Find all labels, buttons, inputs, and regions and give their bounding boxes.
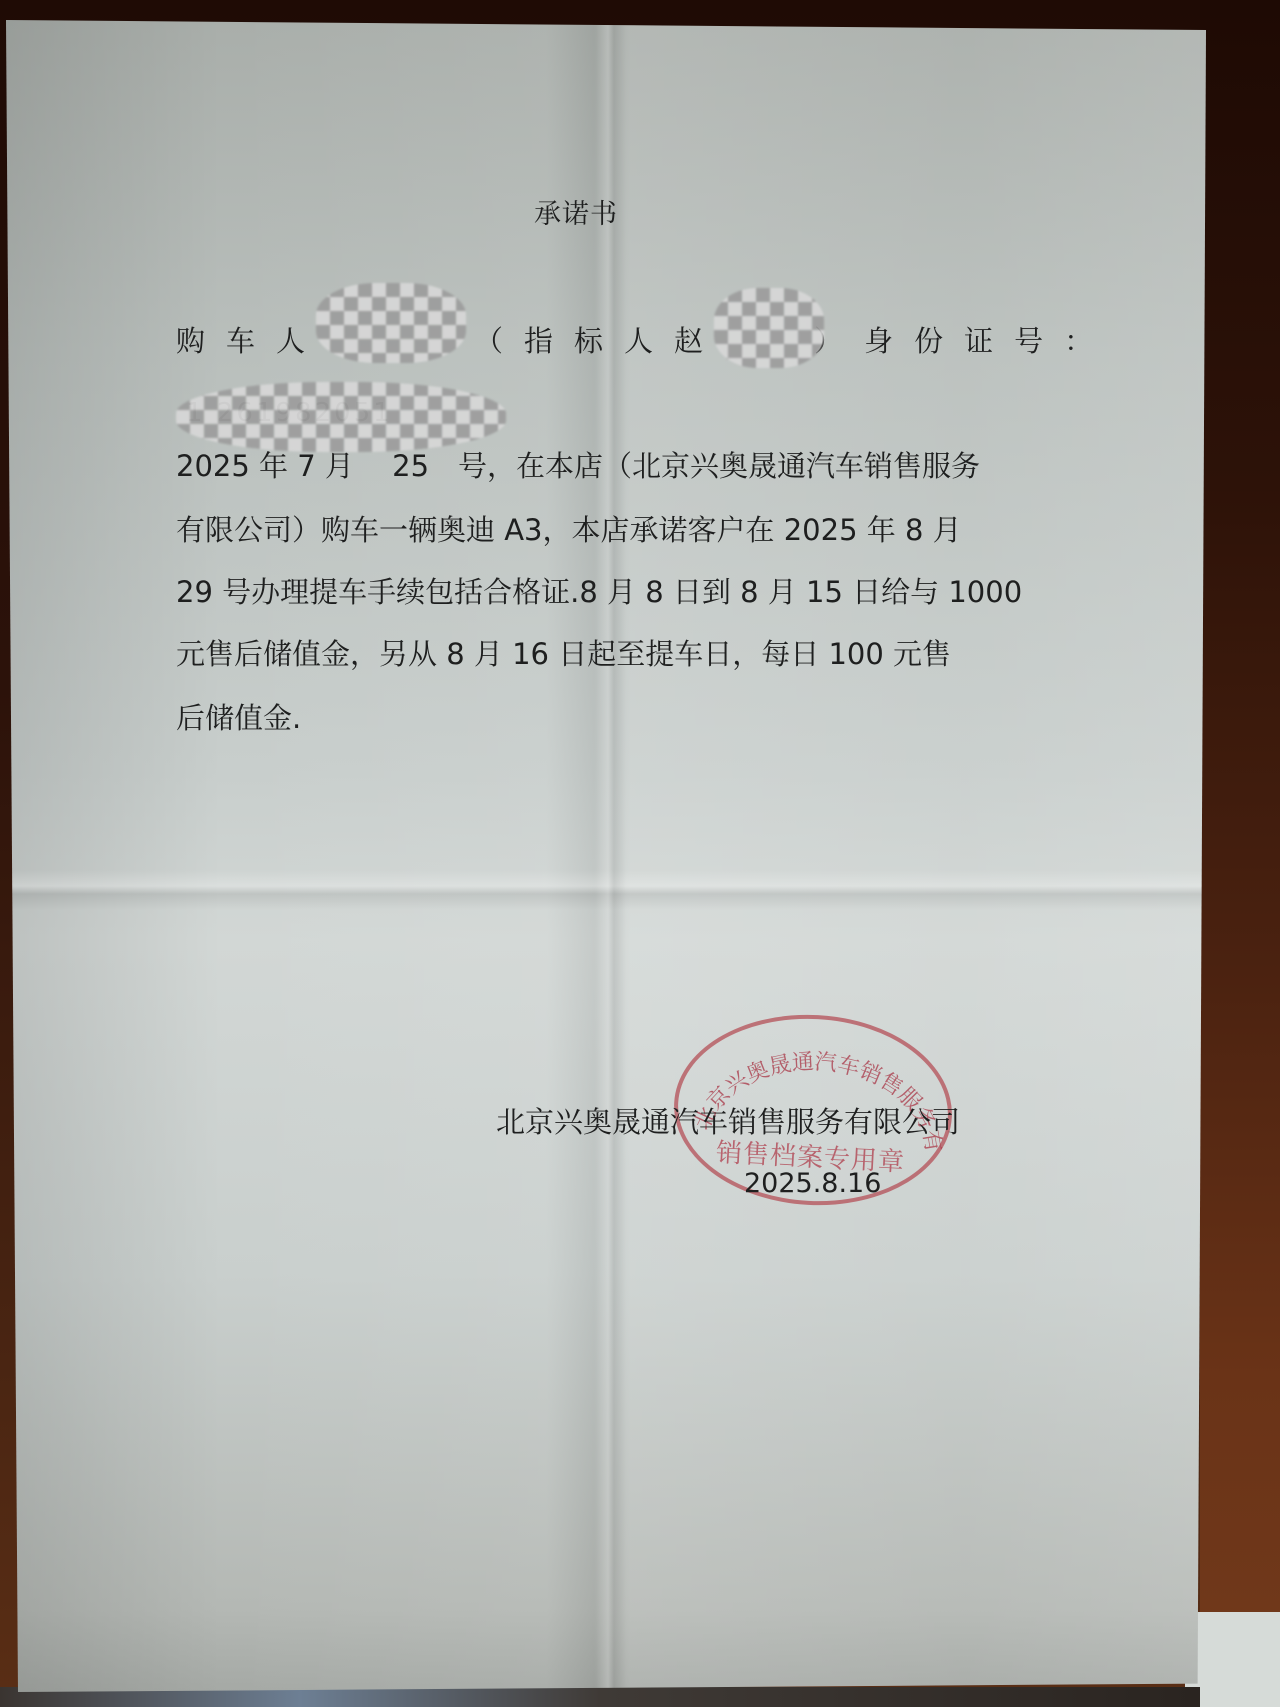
body-line-4: 元售后储值金，另从 8 月 16 日起至提车日，每日 100 元售 — [176, 632, 951, 673]
redacted-agent-name — [714, 288, 824, 368]
buyer-label: 购车人 — [176, 324, 326, 358]
buyer-line: 购车人（指标人赵）身份证号： — [176, 318, 1114, 368]
redacted-id-number — [176, 382, 506, 452]
body-line-5: 后储值金. — [176, 696, 301, 737]
body-line-2: 有限公司）购车一辆奥迪 A3，本店承诺客户在 2025 年 8 月 — [176, 508, 962, 549]
id-label: 身份证号： — [864, 324, 1114, 358]
body-line-3: 29 号办理提车手续包括合格证.8 月 8 日到 8 月 15 日给与 1000 — [176, 570, 1022, 611]
commitment-letter-paper: 承诺书 购车人（指标人赵）身份证号： 1 261982051 2025 年 7 … — [6, 20, 1206, 1692]
document-title: 承诺书 — [534, 192, 618, 231]
redacted-buyer-name — [316, 283, 466, 363]
signing-company: 北京兴奥晟通汽车销售服务有限公司 — [496, 1100, 960, 1141]
document-content: 承诺书 购车人（指标人赵）身份证号： 1 261982051 2025 年 7 … — [6, 20, 1206, 1692]
signing-date: 2025.8.16 — [744, 1168, 881, 1199]
desk-background — [1200, 0, 1280, 1620]
body-line-1: 2025 年 7 月 25 号，在本店（北京兴奥晟通汽车销售服务 — [176, 444, 980, 485]
agent-open: （指标人 — [474, 324, 674, 358]
